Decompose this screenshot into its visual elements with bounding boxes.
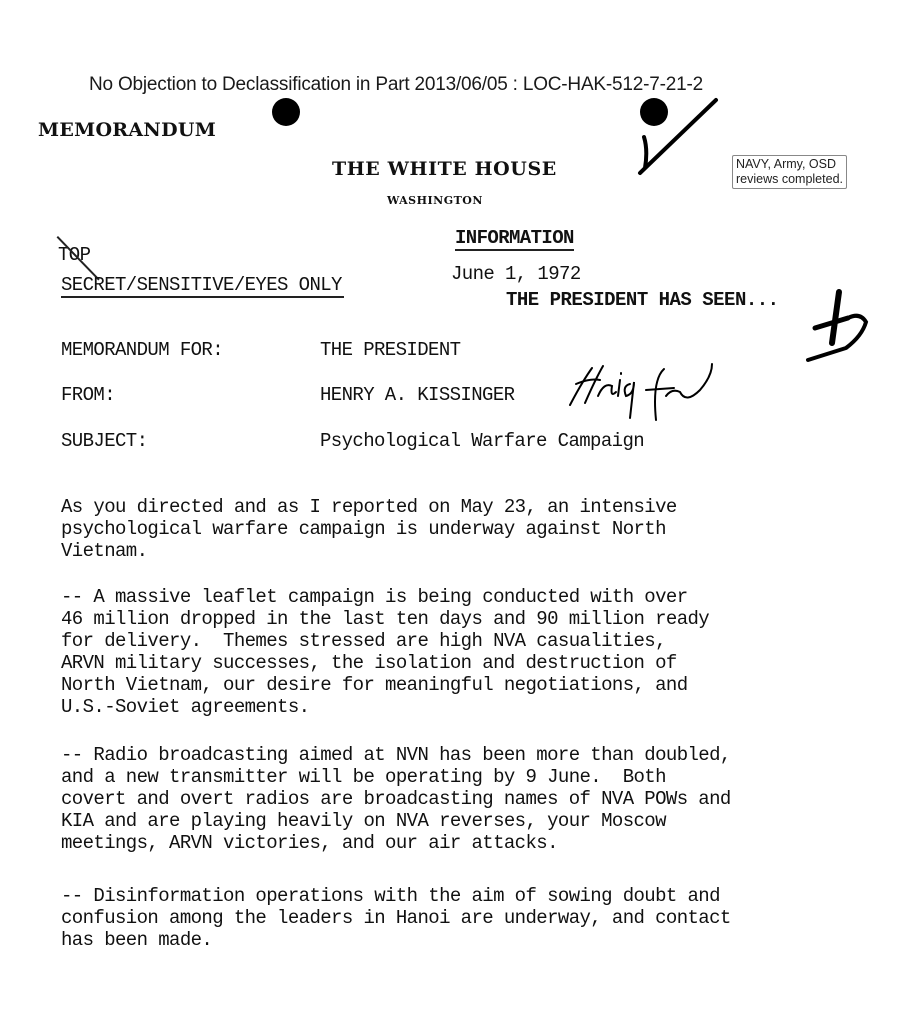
check-icon xyxy=(640,100,716,173)
haig-for-handwriting-icon xyxy=(570,364,712,420)
president-initial-signature-icon xyxy=(808,292,866,360)
handwriting-overlay xyxy=(0,0,922,1024)
